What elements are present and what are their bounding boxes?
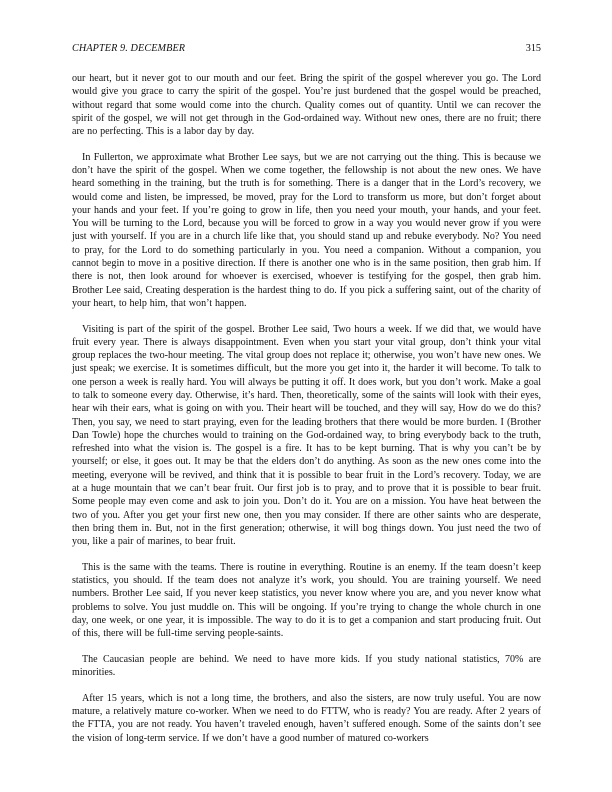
paragraph: In Fullerton, we approximate what Brothe… xyxy=(72,151,541,310)
paragraph: Visiting is part of the spirit of the go… xyxy=(72,323,541,549)
body-text: our heart, but it never got to our mouth… xyxy=(72,72,541,757)
page-number: 315 xyxy=(526,43,541,54)
chapter-title: CHAPTER 9. DECEMBER xyxy=(72,43,185,54)
paragraph-continuation: our heart, but it never got to our mouth… xyxy=(72,72,541,138)
paragraph: The Caucasian people are behind. We need… xyxy=(72,653,541,680)
paragraph: This is the same with the teams. There i… xyxy=(72,561,541,641)
running-header: CHAPTER 9. DECEMBER 315 xyxy=(72,43,541,57)
paragraph: After 15 years, which is not a long time… xyxy=(72,692,541,745)
